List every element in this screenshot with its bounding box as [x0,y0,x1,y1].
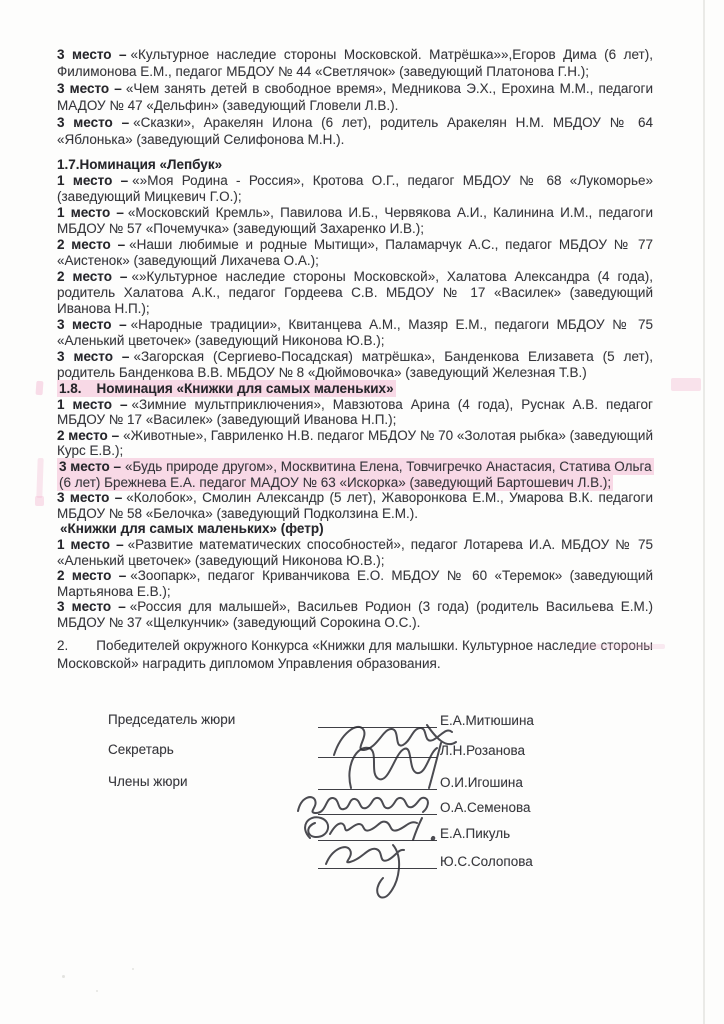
entry-text: «Загорская (Сергиево-Посадская) матрёшка… [57,349,653,380]
resolution-paragraph: 2.Победителей окружного Конкурса «Книжки… [57,637,653,673]
signature-name: О.А.Семенова [440,800,531,815]
entry-text: «Наши любимые и родные Мытищи», Паламарч… [57,237,653,268]
signature-row: Е.А.Пикуль [318,825,510,841]
place-prefix: 3 место – [57,47,131,62]
signature-row: Л.Н.Розанова [318,742,525,758]
signature-role-label: Члены жюри [108,774,188,789]
highlighter-smudge [671,378,701,391]
entry-text: «Московский Кремль», Павилова И.Б., Черв… [57,205,653,236]
highlighter-smudge [35,496,44,506]
place-prefix: 1 место – [57,397,132,412]
signature-line [318,825,437,841]
place-prefix: 3 место – [59,459,125,474]
place-prefix: 1 место – [57,205,128,220]
award-entry: 3 место –«Чем занять детей в свободное в… [57,80,653,114]
scan-speck [62,975,65,978]
entry-highlight: 3 место –«Будь природе другом», Москвити… [57,458,654,491]
document-body: 3 место –«Культурное наследие стороны Мо… [57,46,653,673]
place-prefix: 3 место – [57,115,133,130]
place-prefix: 3 место – [57,81,126,96]
signature-line [318,853,437,869]
place-prefix: 3 место – [57,349,133,364]
entry-text: «»Культурное наследие стороны Московской… [57,269,653,316]
place-prefix: 2 место – [57,237,129,252]
entry-text: «Зоопарк», педагог Криванчикова Е.О. МБД… [57,568,653,599]
signature-line [318,742,437,758]
award-entry: 3 место –«Колобок», Смолин Александр (5 … [57,490,653,521]
section-number: 1.8. [59,381,97,396]
place-prefix: 2 место – [57,568,130,583]
signature-line [318,799,437,815]
signature-line [318,712,437,728]
place-prefix: 3 место – [57,490,126,505]
signature-line [318,774,437,790]
signature-role-label: Секретарь [108,742,174,757]
award-entry: 2 место –«Наши любимые и родные Мытищи»,… [57,237,653,269]
highlighter-smudge [36,458,43,498]
entry-text: «Россия для малышей», Васильев Родион (3… [57,599,653,630]
signature-row: Ю.С.Солопова [318,853,533,869]
paragraph-number: 2. [57,638,96,653]
award-entry: 2 место –«Зоопарк», педагог Криванчикова… [57,568,653,599]
entry-text: «Сказки», Аракелян Илона (6 лет), родите… [57,115,653,147]
signature-row: О.И.Игошина [318,774,523,790]
award-entry-highlighted: 3 место –«Будь природе другом», Москвити… [57,459,653,490]
scan-speck [132,968,134,970]
signature-name: О.И.Игошина [440,775,523,790]
place-prefix: 3 место – [57,599,130,614]
paragraph-text: Победителей окружного Конкурса «Книжки д… [57,638,653,671]
entry-text: «»Моя Родина - Россия», Кротова О.Г., пе… [57,173,653,204]
signature-name: Е.А.Пикуль [440,826,510,841]
place-prefix: 2 место – [57,269,131,284]
entry-text: «Зимние мультприключения», Мавзютова Ари… [57,397,653,428]
signature-row: О.А.Семенова [318,799,531,815]
award-entry: 2 место –«Животные», Гавриленко Н.В. пед… [57,428,653,459]
signature-name: Л.Н.Розанова [440,743,525,758]
signature-name: Ю.С.Солопова [440,854,533,869]
entry-text: «Развитие математических способностей», … [57,537,653,568]
award-entry: 3 место –«Загорская (Сергиево-Посадская)… [57,349,653,381]
subsection-heading-fetr: «Книжки для самых маленьких» (фетр) [57,521,653,537]
section-1-7: 1.7.Номинация «Лепбук» 1 место –«»Моя Ро… [57,157,653,381]
entry-text: «Будь природе другом», Москвитина Елена,… [59,459,652,490]
award-entry: 3 место –«Сказки», Аракелян Илона (6 лет… [57,114,653,148]
place-prefix: 3 место – [57,317,131,332]
scan-speck [96,990,98,992]
section-heading-1-8: 1.8.Номинация «Книжки для самых маленьки… [57,381,653,397]
highlighter-smudge [575,644,665,649]
place-prefix: 1 место – [57,537,128,552]
place-prefix: 1 место – [57,173,132,188]
heading-highlight: 1.8.Номинация «Книжки для самых маленьки… [57,380,396,397]
award-entry: 1 место –«Зимние мультприключения», Мавз… [57,397,653,428]
award-entry: 2 место –«»Культурное наследие стороны М… [57,269,653,317]
award-entry: 1 место –«»Моя Родина - Россия», Кротова… [57,173,653,205]
continuation-entries-block: 3 место –«Культурное наследие стороны Мо… [57,46,653,148]
signature-row: Е.А.Митюшина [318,712,534,728]
signature-role-label: Председатель жюри [108,712,235,727]
section-heading-1-7: 1.7.Номинация «Лепбук» [57,157,653,173]
entry-text: «Культурное наследие стороны Московской.… [57,47,653,79]
entry-text: «Животные», Гавриленко Н.В. педагог МБДО… [57,428,653,459]
place-prefix: 2 место – [57,428,123,443]
section-1-8: 1.8.Номинация «Книжки для самых маленьки… [57,381,653,631]
highlighter-smudge [36,381,44,395]
award-entry: 3 место –«Народные традиции», Квитанцева… [57,317,653,349]
award-entry: 1 место –«Московский Кремль», Павилова И… [57,205,653,237]
award-entry: 3 место –«Культурное наследие стороны Мо… [57,46,653,80]
resolution-text: 2.Победителей окружного Конкурса «Книжки… [57,637,653,673]
scanned-document-page: 3 место –«Культурное наследие стороны Мо… [0,0,724,1024]
signature-name: Е.А.Митюшина [440,713,534,728]
entry-text: «Народные традиции», Квитанцева А.М., Ма… [57,317,653,348]
section-title: Номинация «Книжки для самых маленьких» [97,381,394,396]
entry-text: «Колобок», Смолин Александр (5 лет), Жав… [57,490,653,521]
award-entry: 3 место –«Россия для малышей», Васильев … [57,599,653,630]
entry-text: «Чем занять детей в свободное время», Ме… [57,81,653,113]
award-entry: 1 место –«Развитие математических способ… [57,537,653,568]
scan-edge-artifact [703,0,705,1024]
